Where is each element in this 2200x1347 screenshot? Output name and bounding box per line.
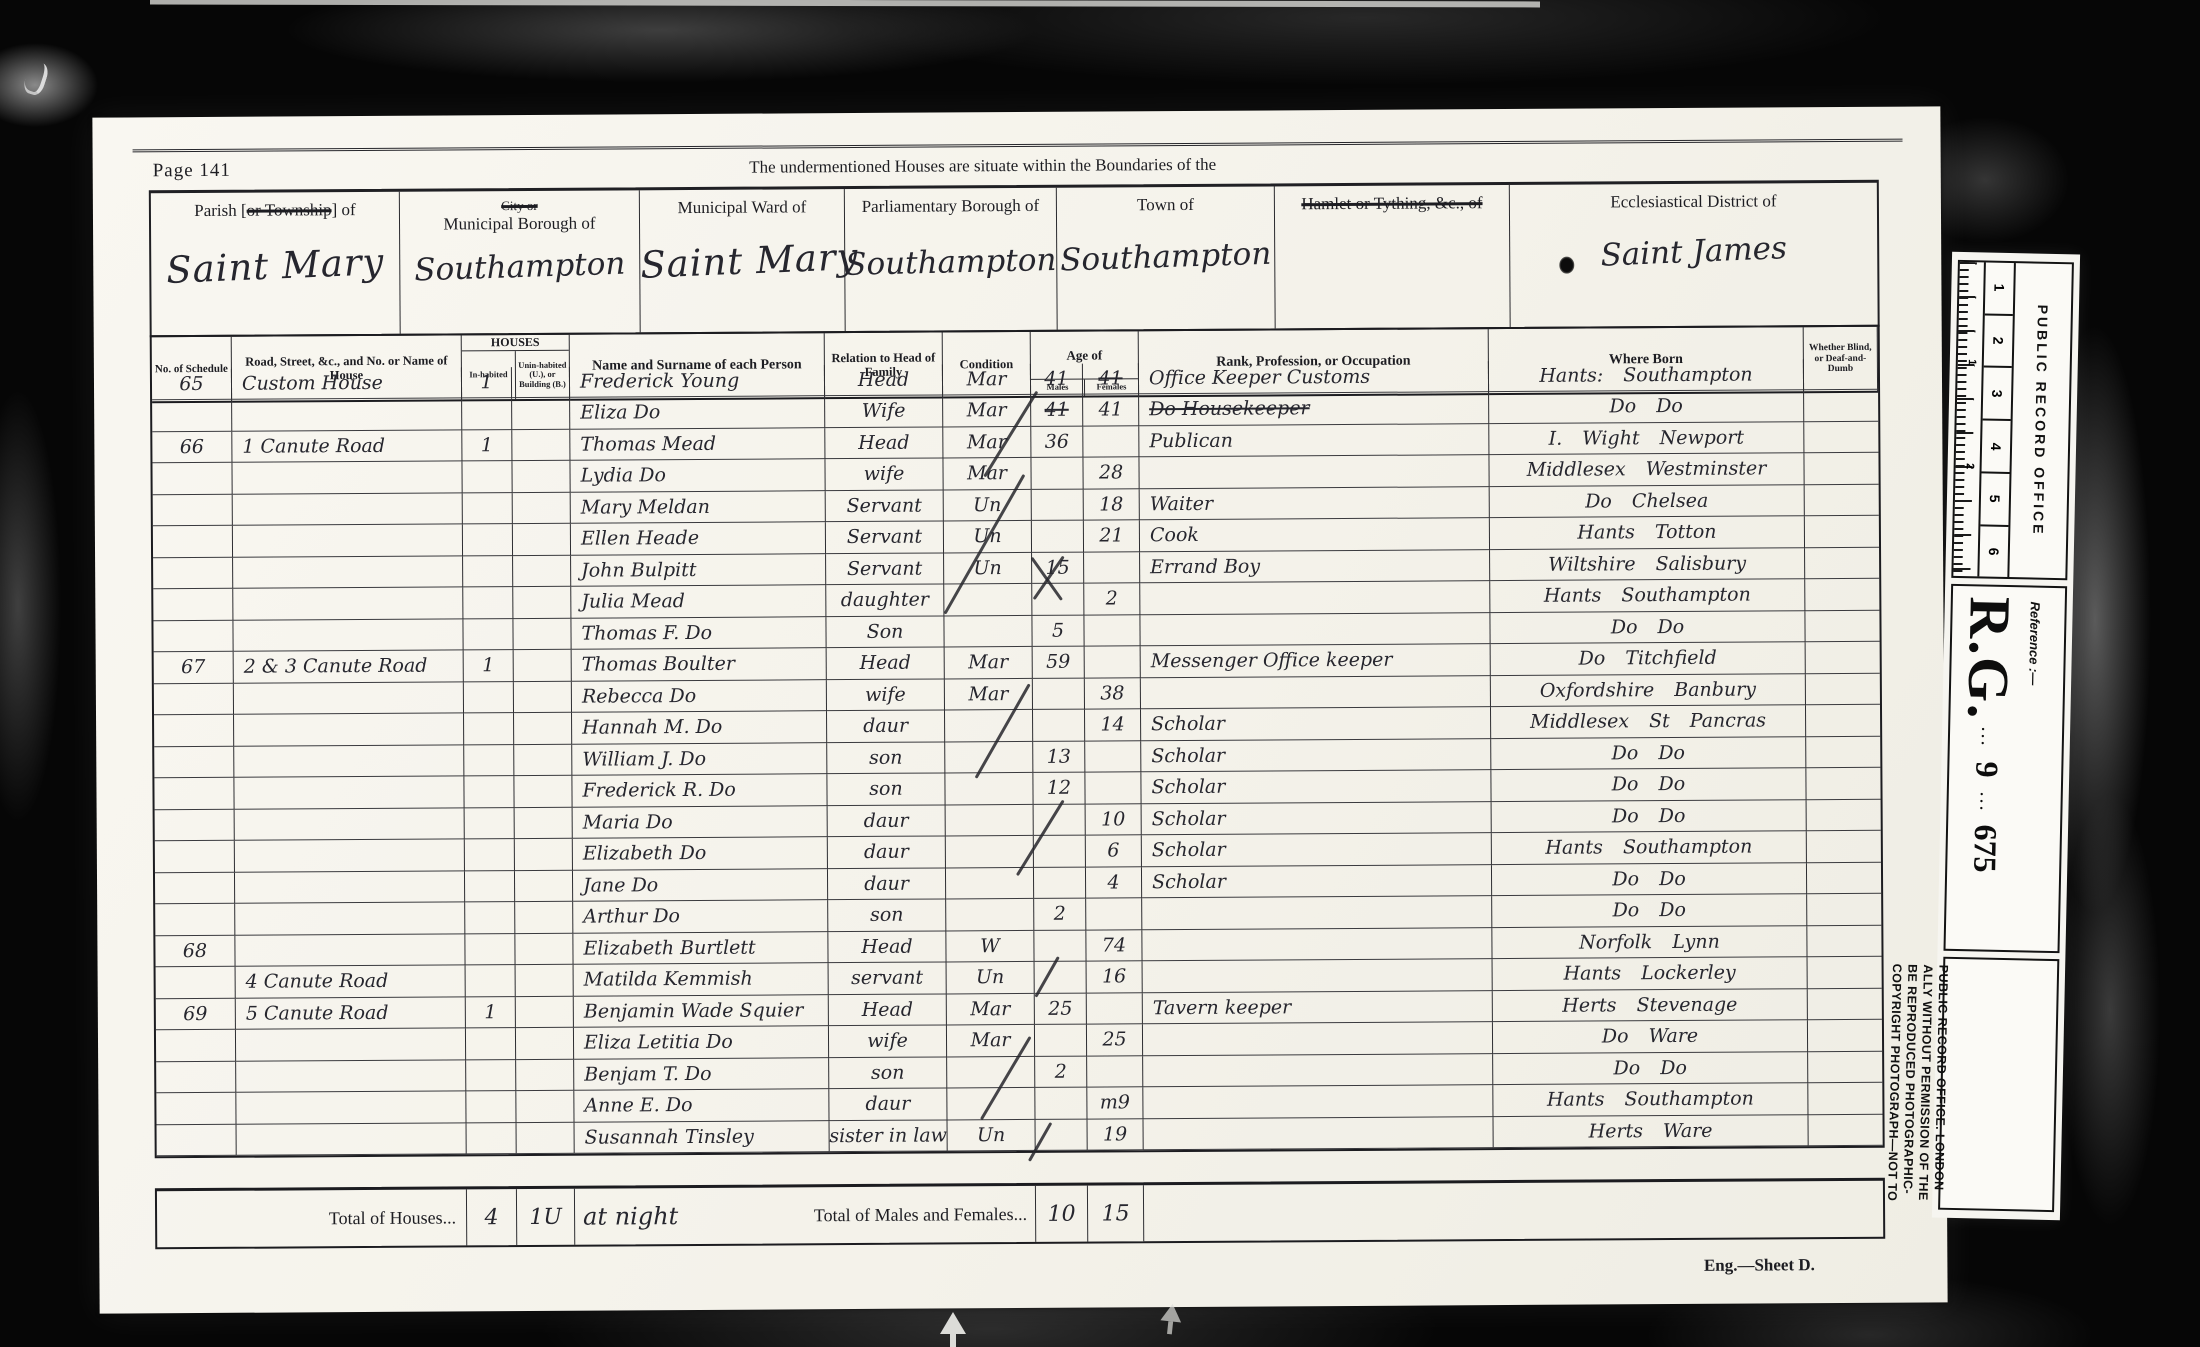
cell-blind [1807,925,1881,957]
cell-born: Middlesex Westminster [1489,453,1804,486]
cell-condition: Un [947,962,1035,994]
cell-born: Do Chelsea [1490,485,1805,518]
cell-condition [947,1056,1035,1088]
cell-age_f [1086,898,1142,930]
cell-uninhabited [512,429,570,461]
cell-age_f [1085,646,1141,678]
cell-born: Do Do [1491,737,1806,770]
cell-age_f: 10 [1086,804,1142,836]
cell-born: Do Do [1492,800,1807,833]
cell-occupation [1142,896,1492,930]
cell-age_f [1085,772,1141,804]
cell-name: Benjam T. Do [574,1058,829,1091]
totals-row: Total of Houses... 4 1U at night Total o… [155,1178,1885,1250]
cell-uninhabited [516,1028,574,1060]
copyright-line: BE REPRODUCED PHOTOGRAPHIC- [1901,964,1918,1202]
cell-uninhabited [516,1091,574,1123]
cell-uninhabited [516,996,574,1028]
pro-office-label: PUBLIC RECORD OFFICE [2009,263,2072,578]
cell-age_m: 25 [1035,993,1087,1025]
cell-relation: Servant [826,521,944,553]
locality-header: Parish [or Township] of Saint Mary City … [149,180,1880,338]
cell-blind [1806,736,1880,768]
cell-name: Ellen Heade [571,522,826,555]
cell-age_m [1035,1025,1087,1057]
cell-schedule: 65 [152,368,232,400]
cell-born: Oxfordshire Banbury [1491,674,1806,707]
total-uninhabited-value: 1U [517,1189,575,1245]
cell-relation: daur [828,805,946,837]
cell-name: Thomas Mead [570,428,825,461]
cell-uninhabited [515,902,573,934]
cell-inhabited [466,1060,516,1092]
cell-relation: wife [825,458,943,490]
ruler-inch-label: 1 [1966,359,1978,365]
cell-uninhabited [515,870,573,902]
cell-name: Anne E. Do [574,1089,829,1122]
ruler-cell: 4 [1981,421,2010,474]
cell-relation: Wife [825,395,943,427]
cell-condition: W [946,930,1034,962]
cell-relation: son [827,742,945,774]
cell-uninhabited [514,650,572,682]
cell-condition [945,773,1033,805]
cell-condition [946,899,1034,931]
cell-age_m: 12 [1033,773,1085,805]
cell-house [236,1091,466,1124]
cell-occupation [1143,1022,1493,1056]
cell-age_f [1084,615,1140,647]
cell-house [233,587,463,620]
cell-inhabited [466,1091,516,1123]
cell-born: Middlesex St Pancras [1491,705,1806,738]
cell-name: Thomas Boulter [572,648,827,681]
record-group-label: R.G. [1954,596,2024,721]
cell-blind [1808,988,1882,1020]
cell-inhabited [464,745,514,777]
cell-name: Elizabeth Do [573,837,828,870]
cell-inhabited [463,556,513,588]
cell-occupation: Publican [1139,424,1489,458]
cell-name: Lydia Do [570,459,825,492]
cell-relation: Head [825,364,943,396]
cell-house [237,1123,467,1156]
total-males-value: 10 [1036,1186,1088,1242]
cell-blind [1807,799,1881,831]
cell-house [234,682,464,715]
cell-born: Do Do [1492,863,1807,896]
cell-house [232,461,462,494]
cell-inhabited: 1 [462,430,512,462]
cell-condition: Un [944,489,1032,521]
cell-relation: Servant [826,490,944,522]
cell-occupation [1141,676,1491,710]
cell-occupation [1142,928,1492,962]
pro-ruler: 1 2 123456 PUBLIC RECORD OFFICE [1951,260,2074,581]
cell-blind [1806,705,1880,737]
cell-age_m [1034,930,1086,962]
parish-value: Saint Mary [150,239,400,292]
cell-born: I. Wight Newport [1489,422,1804,455]
cell-name: Mary Meldan [571,491,826,524]
cell-uninhabited [514,713,572,745]
cell-age_m [1034,836,1086,868]
cell-schedule [157,1124,237,1156]
cell-occupation [1139,455,1489,489]
cell-inhabited [463,524,513,556]
cell-age_m: 41 [1031,395,1083,427]
cell-house: 2 & 3 Canute Road [234,650,464,683]
cell-age_m [1035,962,1087,994]
cell-schedule [154,778,234,810]
copyright-text: COPYRIGHT PHOTOGRAPH—NOT TOBE REPRODUCED… [1884,963,2113,1205]
cell-house [235,839,465,872]
cell-occupation: Errand Boy [1140,550,1490,584]
cell-name: Susannah Tinsley [575,1121,830,1154]
cell-relation: Head [827,647,945,679]
cell-relation: Servant [826,553,944,585]
cell-condition: Mar [943,426,1031,458]
cell-schedule [155,841,235,873]
cell-occupation: Waiter [1140,487,1490,521]
cell-blind [1804,390,1878,422]
cell-condition [946,804,1034,836]
cell-occupation [1140,613,1490,647]
cell-inhabited [463,587,513,619]
cell-born: Do Do [1493,1052,1808,1085]
cell-born: Hants Southampton [1490,579,1805,612]
cell-age_f: 25 [1087,1024,1143,1056]
pro-reference-strip: 1 2 123456 PUBLIC RECORD OFFICE R.G. ...… [1932,252,2080,1220]
cell-relation: Son [826,616,944,648]
cell-occupation: Scholar [1142,802,1492,836]
field-parish: Parish [or Township] of Saint Mary [151,192,400,336]
cell-occupation [1140,581,1490,615]
cell-born: Hants Southampton [1492,831,1807,864]
cell-uninhabited [513,618,571,650]
cell-blind [1805,484,1879,516]
cell-relation: daur [827,710,945,742]
field-municipal-ward: Municipal Ward of Saint Mary [639,189,845,332]
cell-uninhabited [516,1059,574,1091]
cell-name: Eliza Do [570,396,825,429]
cell-blind [1805,547,1879,579]
cell-blind [1805,516,1879,548]
cell-name: Thomas F. Do [571,617,826,650]
page-number: Page 141 [153,160,231,182]
cell-name: John Bulpitt [571,554,826,587]
ruler-cell: 5 [1980,473,2009,526]
cell-name: Julia Mead [571,585,826,618]
cell-relation: Head [825,427,943,459]
cell-condition: Mar [947,993,1035,1025]
cell-blind [1808,1114,1882,1146]
cell-blind [1807,831,1881,863]
cell-born: Do Do [1492,894,1807,927]
cell-occupation: Scholar [1141,739,1491,773]
cell-house [236,1060,466,1093]
cell-house [233,493,463,526]
cell-relation: wife [829,1025,947,1057]
cell-blind [1805,610,1879,642]
cell-uninhabited [515,933,573,965]
cell-inhabited: 1 [464,650,514,682]
cell-schedule [154,683,234,715]
cell-inhabited [466,1028,516,1060]
cell-uninhabited [513,524,571,556]
cell-occupation: Scholar [1141,707,1491,741]
copyright-line: PUBLIC RECORD OFFICE. LONDON [1932,964,1949,1202]
cell-schedule [153,526,233,558]
cell-schedule [153,557,233,589]
cell-born: Do Titchfield [1491,642,1806,675]
cell-born: Do Do [1490,611,1805,644]
cell-condition [945,710,1033,742]
cell-house: 5 Canute Road [236,997,466,1030]
cell-schedule [155,872,235,904]
cell-name: Benjamin Wade Squier [574,995,829,1028]
reference-label: Reference :— [2021,598,2043,941]
cell-age_f: 4 [1086,867,1142,899]
cell-blind [1808,957,1882,989]
cell-house [233,524,463,557]
cell-schedule: 66 [152,431,232,463]
reference-box: R.G. ... 9 ... 675 Reference :— [1943,584,2067,953]
cell-schedule: 69 [156,998,236,1030]
cell-age_f: 14 [1085,709,1141,741]
cell-occupation [1143,1085,1493,1119]
parliamentary-borough-value: Southampton [845,242,1057,283]
cell-blind [1806,642,1880,674]
ruler-cell: 3 [1983,368,2012,421]
ruler-inch-label: 2 [1964,463,1976,469]
cell-blind [1804,358,1878,390]
cell-uninhabited [513,587,571,619]
cell-relation: son [829,1057,947,1089]
cell-age_m [1032,489,1084,521]
cell-house [232,398,462,431]
cell-age_f [1085,741,1141,773]
cell-age_f: 6 [1086,835,1142,867]
cell-condition: Un [944,552,1032,584]
cell-name: Arthur Do [573,900,828,933]
cell-house [235,934,465,967]
cell-name: William J. Do [572,743,827,776]
cell-blind [1808,1051,1882,1083]
cell-age_m [1033,710,1085,742]
sheet-designation: Eng.—Sheet D. [1629,1255,1889,1277]
totals-blank [1144,1181,1887,1242]
cell-inhabited [463,493,513,525]
cell-condition: Mar [943,363,1031,395]
cell-age_m: 59 [1033,647,1085,679]
cell-born: Herts Stevenage [1493,989,1808,1022]
cell-condition: Un [948,1119,1036,1151]
cell-relation: son [828,899,946,931]
cell-schedule [155,904,235,936]
reference-number: R.G. ... 9 ... 675 [1950,596,2024,940]
cell-uninhabited [513,555,571,587]
cell-schedule [156,1061,236,1093]
registration-arrow [1159,1303,1183,1335]
cell-born: Norfolk Lynn [1492,926,1807,959]
cell-uninhabited [512,461,570,493]
total-females-value: 15 [1088,1185,1144,1241]
field-municipal-borough: City orMunicipal Borough of Southampton [399,190,640,333]
cell-occupation: Office Keeper Customs [1139,361,1489,395]
cell-house [235,871,465,904]
cell-relation: servant [829,962,947,994]
cell-age_f: 2 [1084,583,1140,615]
cell-inhabited [463,619,513,651]
cell-born: Do Ware [1493,1020,1808,1053]
cell-condition [946,867,1034,899]
ruler-cell: 2 [1984,315,2013,368]
sheet-caption: The undermentioned Houses are situate wi… [433,153,1533,180]
municipal-borough-value: Southampton [400,245,640,289]
cell-schedule: 67 [154,652,234,684]
cell-born: Wiltshire Salisbury [1490,548,1805,581]
cell-occupation: Scholar [1142,865,1492,899]
cell-uninhabited [516,965,574,997]
cell-house [234,713,464,746]
copyright-box: COPYRIGHT PHOTOGRAPH—NOT TOBE REPRODUCED… [1938,956,2059,1212]
at-night-note: at night [583,1202,678,1231]
cell-name: Eliza Letitia Do [574,1026,829,1059]
cell-uninhabited [512,366,570,398]
cell-schedule [154,746,234,778]
cell-relation: wife [827,679,945,711]
cell-inhabited [465,839,515,871]
registration-arrow [940,1312,966,1347]
cell-condition [944,615,1032,647]
cell-inhabited [464,776,514,808]
piece-number: 675 [1966,824,2004,873]
cell-house: 4 Canute Road [236,965,466,998]
cell-occupation: Do Housekeeper [1139,392,1489,426]
cell-blind [1806,673,1880,705]
cell-age_f [1087,1056,1143,1088]
cell-name: Frederick Young [570,365,825,398]
cell-relation: daur [828,868,946,900]
cell-age_f: 41 [1083,394,1139,426]
cell-age_f: 74 [1086,930,1142,962]
cell-schedule [156,1093,236,1125]
cell-born: Herts Ware [1493,1115,1808,1148]
cell-condition: Mar [945,647,1033,679]
cell-schedule [155,809,235,841]
total-houses-value: 4 [467,1189,517,1245]
cell-schedule: 68 [155,935,235,967]
cell-blind [1806,768,1880,800]
cell-born: Hants Totton [1490,516,1805,549]
cell-house: 1 Canute Road [232,430,462,463]
cell-age_f: 18 [1084,489,1140,521]
cell-inhabited [467,1123,517,1155]
field-hamlet: Hamlet or Tything, &c., of [1274,185,1510,328]
cell-relation: sister in law [830,1120,948,1152]
cell-house [234,745,464,778]
census-sheet: Page 141 The undermentioned Houses are s… [92,106,1947,1313]
cell-age_m [1033,678,1085,710]
cell-occupation [1143,1054,1493,1088]
cell-age_m: 5 [1032,615,1084,647]
cell-inhabited [465,808,515,840]
cell-uninhabited [513,492,571,524]
cell-name: Matilda Kemmish [574,963,829,996]
cell-born: Hants: Southampton [1489,359,1804,392]
cell-house: Custom House [232,367,462,400]
cell-name: Maria Do [573,806,828,839]
cell-schedule [154,715,234,747]
cell-name: Frederick R. Do [572,774,827,807]
cell-age_m [1035,1088,1087,1120]
cell-name: Hannah M. Do [572,711,827,744]
cell-inhabited [465,934,515,966]
cell-name: Elizabeth Burtlett [573,932,828,965]
cell-schedule [153,494,233,526]
cell-name: Rebecca Do [572,680,827,713]
cell-age_f: 28 [1083,457,1139,489]
cell-relation: daughter [826,584,944,616]
cell-inhabited [465,902,515,934]
cell-age_f: 21 [1084,520,1140,552]
cell-born: Hants Southampton [1493,1083,1808,1116]
cell-uninhabited [515,807,573,839]
cell-occupation [1143,959,1493,993]
cell-age_m [1032,521,1084,553]
cell-house [235,902,465,935]
field-ecclesiastical-district: Ecclesiastical District of Saint James [1509,183,1878,327]
cell-uninhabited [514,776,572,808]
cell-age_f: 41 [1083,363,1139,395]
cell-age_f: 38 [1085,678,1141,710]
cell-inhabited [462,398,512,430]
cell-occupation [1143,1117,1493,1151]
cell-blind [1804,453,1878,485]
cell-relation: Head [829,994,947,1026]
cell-house [234,776,464,809]
cell-occupation: Messenger Office keeper [1141,644,1491,678]
ink-blot [1559,257,1574,274]
total-houses-label: Total of Houses... [157,1189,467,1247]
cell-schedule [153,620,233,652]
cell-occupation: Scholar [1141,770,1491,804]
cell-house [235,808,465,841]
cell-age_f [1087,993,1143,1025]
cell-age_m: 41 [1031,363,1083,395]
cell-age_f [1084,552,1140,584]
cell-relation: Head [828,931,946,963]
cell-age_f: 19 [1088,1119,1144,1151]
cell-occupation: Scholar [1142,833,1492,867]
cell-schedule [156,967,236,999]
cell-uninhabited [512,398,570,430]
cell-age_f: 16 [1087,961,1143,993]
ruler-cell: 1 [1985,262,2014,315]
cell-blind [1808,1083,1882,1115]
census-table: No. of Schedule Road, Street, &c., and N… [150,325,1885,1159]
cell-schedule [152,400,232,432]
municipal-ward-value: Saint Mary [639,236,845,287]
cell-relation: daur [828,836,946,868]
cell-inhabited: 1 [466,997,516,1029]
cell-age_m: 2 [1034,899,1086,931]
cell-inhabited: 1 [462,367,512,399]
cell-inhabited [462,461,512,493]
cell-born: Hants Lockerley [1493,957,1808,990]
cell-occupation: Tavern keeper [1143,991,1493,1025]
